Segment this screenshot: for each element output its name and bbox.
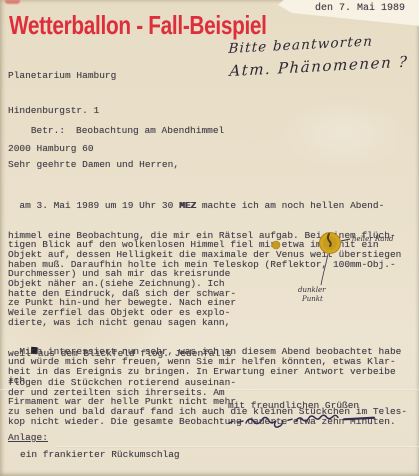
letter-page: den 7. Mai 1989 Wetterballon - Fall-Beis… <box>0 0 419 476</box>
body-paragraph-2: Mich interessiert nun sehr, was ich an d… <box>8 347 401 386</box>
handwritten-note: Bitte beantworten Atm. Phänomenen ? <box>228 32 409 80</box>
label-dunkler-punkt-line1: dunkler <box>298 286 326 294</box>
body-line: dierte, was ich nicht genau sagen kann, <box>8 318 407 328</box>
salutation: Sehr geehrte Damen und Herren, <box>8 160 179 170</box>
label-dunkler-punkt-line2: Punkt <box>301 295 323 303</box>
closing-regards: mit freundlichen Grüßen <box>228 401 359 411</box>
red-smudge-mark <box>5 0 20 4</box>
leader-line-dot <box>321 254 328 285</box>
leader-line-rim <box>341 239 350 241</box>
sketch-small-dot <box>272 241 280 249</box>
signature-scribble <box>226 411 381 432</box>
date-text: den 7. Mai 1989 <box>315 3 405 14</box>
body-line: am 3. Mai 1989 um 19 Uhr 30 MEZ machte i… <box>8 201 407 211</box>
document-title: Wetterballon - Fall-Beispiel <box>9 11 267 39</box>
sketch-figure: heller Rand dunkler Punkt <box>266 222 416 317</box>
subject-text: Beobachtung am Abendhimmel <box>76 125 224 136</box>
subject-label: Betr.: <box>31 125 65 136</box>
subject-line: Betr.:Beobachtung am Abendhimmel <box>8 116 224 146</box>
body-line: ich <box>8 376 401 386</box>
paper-crease <box>55 446 419 448</box>
sender-address-line: Planetarium Hamburg <box>8 70 116 82</box>
enclosure-text: ein frankierter Rückumschlag <box>20 450 180 460</box>
sender-address-line: Hindenburgstr. 1 <box>8 105 116 117</box>
body-line: heit in das Ereignis zu bringen. In Erwa… <box>8 367 401 377</box>
mez-emphasis: MEZ <box>179 200 196 211</box>
handwritten-note-line-2: Atm. Phänomenen ? <box>229 53 409 80</box>
sender-address: Planetarium Hamburg Hindenburgstr. 1 200… <box>8 47 116 177</box>
enclosure-label: Anlage: <box>8 433 48 443</box>
label-heller-rand: heller Rand <box>352 235 394 243</box>
